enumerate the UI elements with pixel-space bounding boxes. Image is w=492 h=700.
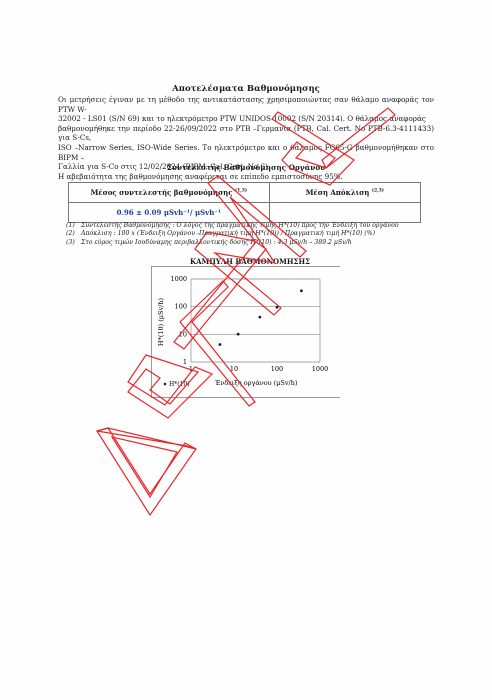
legend-marker [164,383,167,386]
legend-label: H*(10) [169,381,190,388]
x-tick-label: 10 [230,365,238,373]
data-point [219,343,222,346]
x-tick-label: 1000 [312,365,329,373]
y-tick-label: 1000 [170,275,187,283]
chart-axes: 11010010001101001000 [170,275,328,373]
x-tick-label: 1 [189,365,193,373]
y-tick-label: 10 [179,330,187,338]
y-axis-label: H*(10) (μSv/h) [157,297,165,346]
calibration-chart: 11010010001101001000 H*(10) (μSv/h) Ένδε… [0,0,492,700]
x-axis-label: Ένδειξη οργάνου (μSv/h) [215,379,298,387]
data-point [258,316,261,319]
x-tick-label: 100 [271,365,283,373]
data-point [237,333,240,336]
y-tick-label: 100 [175,303,187,311]
y-tick-label: 1 [183,358,187,366]
data-point [276,306,279,309]
data-point [300,289,303,292]
chart-points [219,289,303,345]
